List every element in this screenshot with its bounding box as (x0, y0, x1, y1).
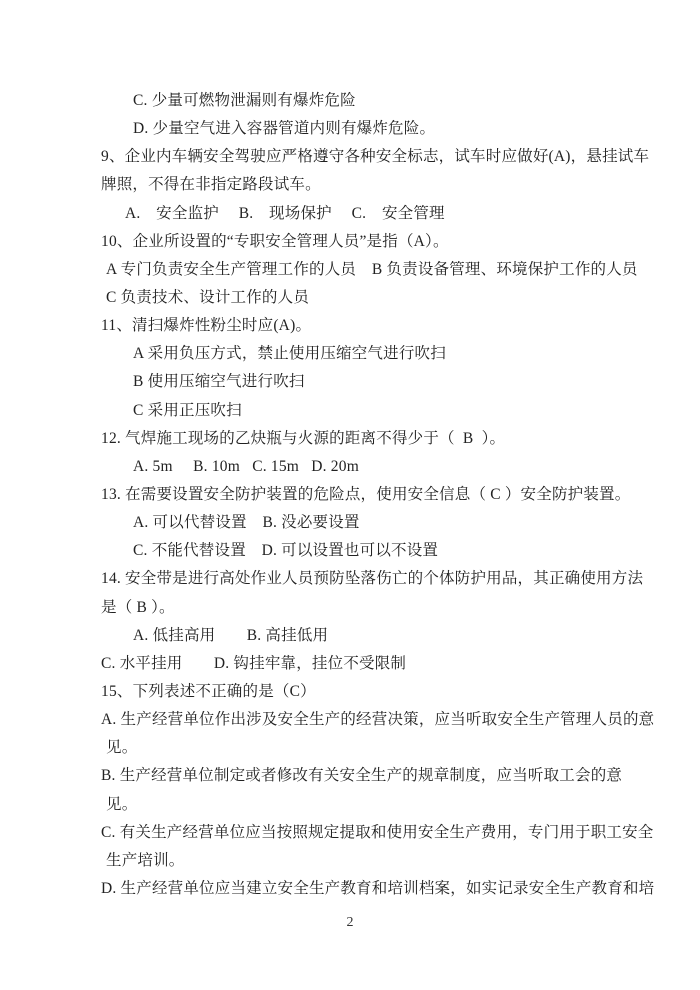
document-content: C. 少量可燃物泄漏则有爆炸危险 D. 少量空气进入容器管道内则有爆炸危险。 9… (101, 87, 661, 903)
continuation-line: 见。 (101, 734, 661, 762)
question-line: 14. 安全带是进行高处作业人员预防坠落伤亡的个体防护用品，其正确使用方法 (101, 565, 661, 593)
question-line: 12. 气焊施工现场的乙炔瓶与火源的距离不得少于（ B ）。 (101, 425, 661, 453)
option-line: A. 可以代替设置 B. 没必要设置 (101, 509, 661, 537)
option-line: D. 少量空气进入容器管道内则有爆炸危险。 (101, 115, 661, 143)
continuation-line: 牌照，不得在非指定路段试车。 (101, 171, 661, 199)
option-line: C 采用正压吹扫 (101, 397, 661, 425)
option-line: A 专门负责安全生产管理工作的人员 B 负责设备管理、环境保护工作的人员 (101, 256, 661, 284)
continuation-line: 见。 (101, 791, 661, 819)
option-line: A. 生产经营单位作出涉及安全生产的经营决策，应当听取安全生产管理人员的意 (101, 706, 661, 734)
option-line: A. 安全监护 B. 现场保护 C. 安全管理 (101, 200, 661, 228)
continuation-line: 生产培训。 (101, 847, 661, 875)
continuation-line: 是（ B ）。 (101, 594, 661, 622)
option-line: C. 不能代替设置 D. 可以设置也可以不设置 (101, 537, 661, 565)
question-line: 15、下列表述不正确的是（C） (101, 678, 661, 706)
option-line: B. 生产经营单位制定或者修改有关安全生产的规章制度，应当听取工会的意 (101, 762, 661, 790)
option-line: B 使用压缩空气进行吹扫 (101, 368, 661, 396)
option-line: C 负责技术、设计工作的人员 (101, 284, 661, 312)
page-number: 2 (0, 915, 700, 931)
question-line: 10、企业所设置的“专职安全管理人员”是指（A）。 (101, 228, 661, 256)
document-page: C. 少量可燃物泄漏则有爆炸危险 D. 少量空气进入容器管道内则有爆炸危险。 9… (0, 0, 700, 990)
option-line: C. 少量可燃物泄漏则有爆炸危险 (101, 87, 661, 115)
option-line: C. 水平挂用 D. 钩挂牢靠，挂位不受限制 (101, 650, 661, 678)
option-line: D. 生产经营单位应当建立安全生产教育和培训档案，如实记录安全生产教育和培 (101, 875, 661, 903)
option-line: C. 有关生产经营单位应当按照规定提取和使用安全生产费用，专门用于职工安全 (101, 819, 661, 847)
option-line: A. 低挂高用 B. 高挂低用 (101, 622, 661, 650)
question-line: 13. 在需要设置安全防护装置的危险点，使用安全信息（ C ）安全防护装置。 (101, 481, 661, 509)
question-line: 9、企业内车辆安全驾驶应严格遵守各种安全标志，试车时应做好(A)，悬挂试车 (101, 143, 661, 171)
option-line: A. 5m B. 10m C. 15m D. 20m (101, 453, 661, 481)
question-line: 11、清扫爆炸性粉尘时应(A)。 (101, 312, 661, 340)
option-line: A 采用负压方式，禁止使用压缩空气进行吹扫 (101, 340, 661, 368)
